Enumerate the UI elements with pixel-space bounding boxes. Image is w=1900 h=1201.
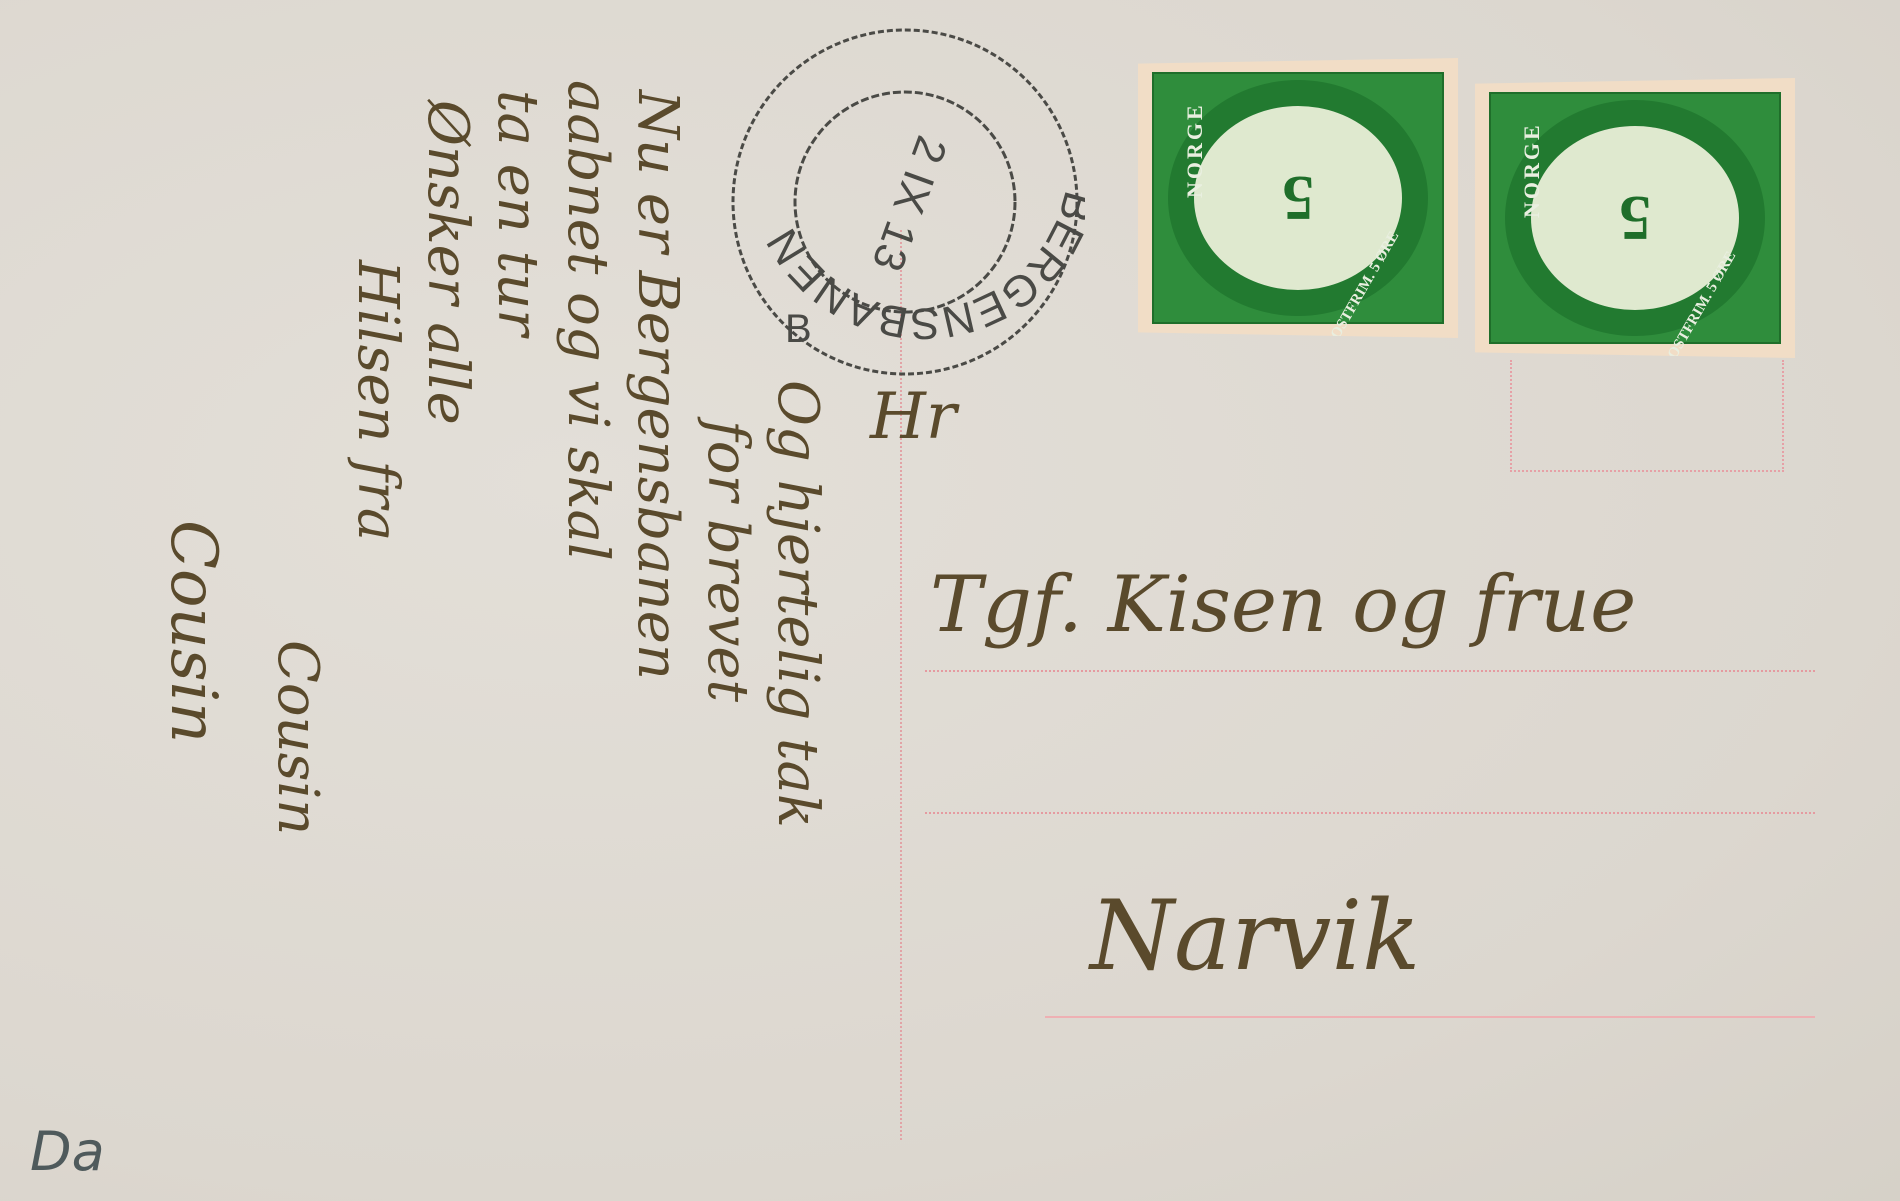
postmark-icon: BERGENSBANEN 2 IX 13 B xyxy=(725,22,1085,382)
message-line-1: Og hjertelig tak xyxy=(765,380,830,828)
address-guide-line-3 xyxy=(1045,1016,1815,1018)
address-name: Tgf. Kisen og frue xyxy=(930,560,1636,650)
message-signature: Cousin xyxy=(156,520,230,743)
address-guide-line-2 xyxy=(925,812,1815,814)
postcard: BERGENSBANEN 2 IX 13 B 5 NORGE POSTFRIM.… xyxy=(0,0,1900,1201)
address-guide-line-1 xyxy=(925,670,1815,672)
message-line-2: for brevet xyxy=(695,420,760,702)
message-line-8: Cousin xyxy=(265,640,330,835)
message-line-7: Hilsen fra xyxy=(345,260,410,541)
stamp-placement-box xyxy=(1510,360,1784,472)
address-city: Narvik xyxy=(1090,880,1420,992)
message-line-3: Nu er Bergensbanen xyxy=(625,90,690,680)
message-line-5: ta en tur xyxy=(485,90,550,336)
svg-text:B: B xyxy=(785,307,812,351)
postage-stamp-2: 5 NORGE POSTFRIM. 5 ØRE xyxy=(1475,78,1795,358)
postage-stamp-1: 5 NORGE POSTFRIM. 5 ØRE xyxy=(1138,58,1458,338)
message-line-4: aabnet og vi skal xyxy=(555,80,620,561)
pencil-note: Da xyxy=(30,1120,105,1183)
address-salutation: Hr xyxy=(870,380,956,454)
message-line-6: Ønsker alle xyxy=(415,100,480,425)
svg-text:2 IX 13: 2 IX 13 xyxy=(862,130,956,278)
